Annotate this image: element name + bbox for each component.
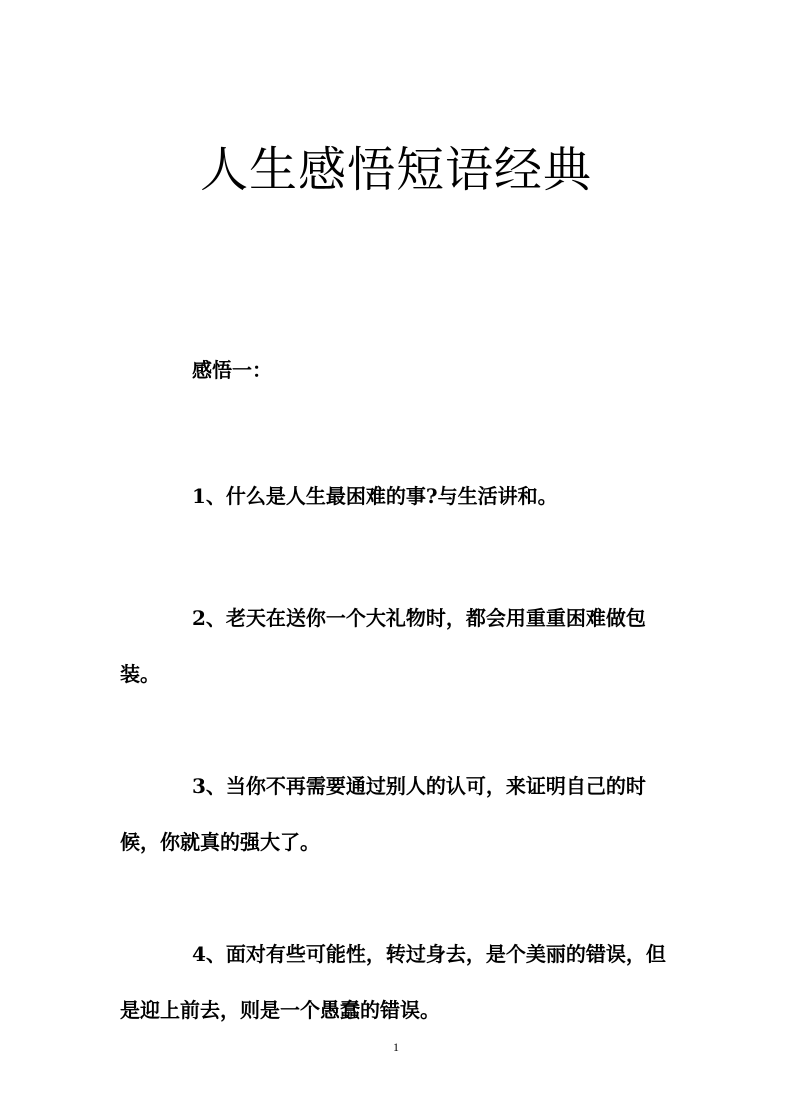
page-number: 1 — [0, 1040, 792, 1055]
paragraph-1: 1、什么是人生最困难的事?与生活讲和。 — [120, 468, 680, 524]
paragraph-3: 3、当你不再需要通过别人的认可，来证明自己的时候，你就真的强大了。 — [120, 758, 680, 870]
paragraph-4: 4、面对有些可能性，转过身去，是个美丽的错误，但是迎上前去，则是一个愚蠢的错误。 — [120, 926, 680, 1038]
section-heading: 感悟一： — [192, 342, 752, 398]
document-title: 人生感悟短语经典 — [0, 140, 792, 200]
paragraph-2: 2、老天在送你一个大礼物时，都会用重重困难做包装。 — [120, 590, 680, 702]
